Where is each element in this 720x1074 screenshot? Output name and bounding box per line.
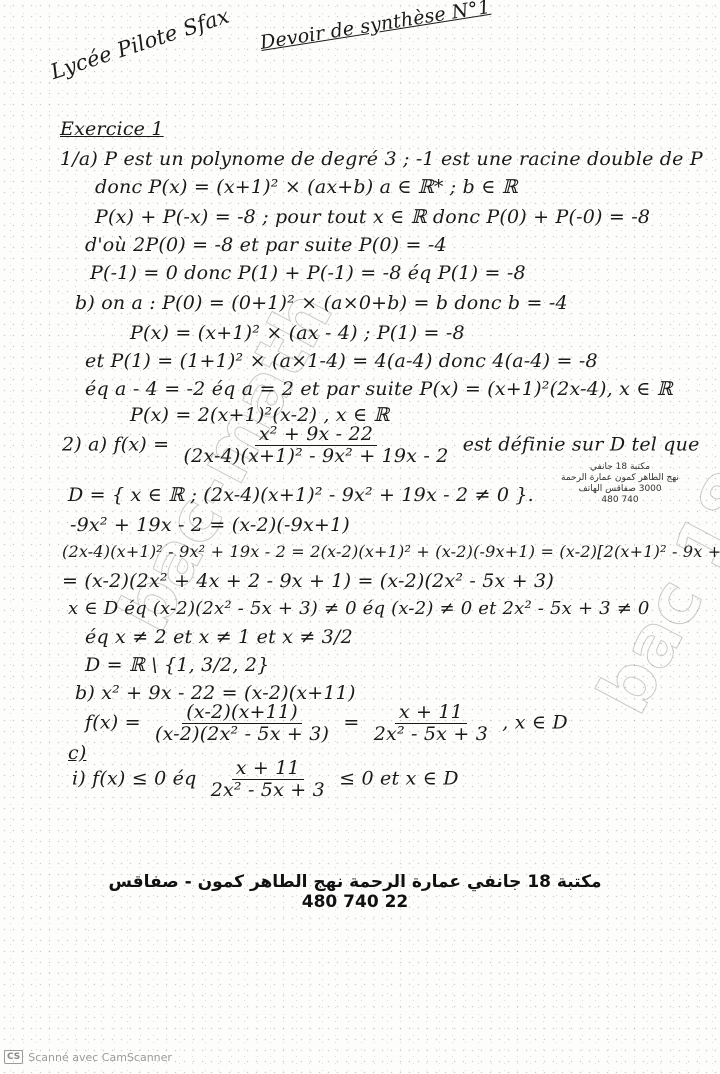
q2b-num1: (x-2)(x+11) (182, 702, 302, 724)
line-donc: donc P(x) = (x+1)² × (ax+b) a ∈ ℝ* ; b ∈… (95, 176, 518, 198)
bookshop-footer: مكتبة 18 جانفي عمارة الرحمة نهج الطاهر ك… (95, 872, 615, 912)
q2ci-num: x + 11 (232, 758, 304, 780)
q2a-denominator: (2x-4)(x+1)² - 9x² + 19x - 2 (180, 446, 453, 467)
q2ci-fraction: x + 11 2x² - 5x + 3 (207, 758, 329, 801)
line-1a: 1/a) P est un polynome de degré 3 ; -1 e… (60, 148, 703, 170)
line-factor2: = (x-2)(2x² + 4x + 2 - 9x + 1) = (x-2)(2… (62, 570, 554, 592)
q2ci-den: 2x² - 5x + 3 (207, 780, 329, 801)
line-pminus1: P(-1) = 0 donc P(1) + P(-1) = -8 éq P(1)… (90, 262, 526, 284)
bookshop-stamp: مكتبة 18 جانفي نهج الطاهر كمون عمارة الر… (560, 462, 680, 506)
q2ci-tail: ≤ 0 et x ∈ D (339, 767, 459, 789)
line-D-result: D = ℝ \ {1, 3/2, 2} (85, 654, 269, 676)
line-a-value: éq a - 4 = -2 éq a = 2 et par suite P(x)… (85, 378, 673, 400)
q2a-fraction: x² + 9x - 22 (2x-4)(x+1)² - 9x² + 19x - … (180, 424, 453, 467)
q2b-den1: (x-2)(2x² - 5x + 3) (151, 724, 333, 745)
camscanner-badge: CS Scanné avec CamScanner (4, 1050, 172, 1064)
q2a-f: f(x) = (114, 433, 170, 455)
line-1b: b) on a : P(0) = (0+1)² × (a×0+b) = b do… (75, 292, 568, 314)
school-name: Lycée Pilote Sfax (48, 4, 233, 84)
line-x-in-D: x ∈ D éq (x-2)(2x² - 5x + 3) ≠ 0 éq (x-2… (68, 598, 650, 619)
q2b-tail: , x ∈ D (502, 711, 568, 733)
line-p1: et P(1) = (1+1)² × (a×1-4) = 4(a-4) donc… (85, 350, 598, 372)
line-2ci: i) f(x) ≤ 0 éq x + 11 2x² - 5x + 3 ≤ 0 e… (72, 758, 459, 801)
camscanner-logo-icon: CS (4, 1050, 23, 1064)
stamp-line: مكتبة 18 جانفي (560, 462, 680, 473)
line-sum: P(x) + P(-x) = -8 ; pour tout x ∈ ℝ donc… (95, 206, 650, 228)
stamp-line: 740 480 (560, 495, 680, 506)
q2a-label: 2) a) (62, 433, 107, 455)
stamp-line: نهج الطاهر كمون عمارة الرحمة (560, 473, 680, 484)
q2a-tail: est définie sur D tel que (463, 433, 700, 455)
q2b-den2: 2x² - 5x + 3 (370, 724, 492, 745)
line-x-neq: éq x ≠ 2 et x ≠ 1 et x ≠ 3/2 (85, 626, 353, 648)
q2b-fraction-2: x + 11 2x² - 5x + 3 (370, 702, 492, 745)
q2ci-label: i) f(x) ≤ 0 éq (72, 767, 196, 789)
q2b-f: f(x) = (85, 711, 141, 733)
q2a-numerator: x² + 9x - 22 (255, 424, 377, 446)
q2b-num2: x + 11 (395, 702, 467, 724)
exam-title: Devoir de synthèse N°1 (259, 0, 492, 54)
line-domain: D = { x ∈ ℝ ; (2x-4)(x+1)² - 9x² + 19x -… (68, 484, 534, 506)
line-p0: d'où 2P(0) = -8 et par suite P(0) = -4 (85, 234, 447, 256)
exercise-title: Exercice 1 (60, 118, 164, 140)
line-factor1: -9x² + 19x - 2 = (x-2)(-9x+1) (70, 514, 350, 536)
q2b-fraction-1: (x-2)(x+11) (x-2)(2x² - 5x + 3) (151, 702, 333, 745)
camscanner-label: Scanné avec CamScanner (28, 1051, 172, 1064)
line-f-simplified: f(x) = (x-2)(x+11) (x-2)(2x² - 5x + 3) =… (85, 702, 568, 745)
line-expand: (2x-4)(x+1)² - 9x² + 19x - 2 = 2(x-2)(x+… (62, 542, 720, 561)
line-px-form: P(x) = (x+1)² × (ax - 4) ; P(1) = -8 (130, 322, 465, 344)
stamp-line: 3000 صفاقس الهاتف (560, 484, 680, 495)
line-2a: 2) a) f(x) = x² + 9x - 22 (2x-4)(x+1)² -… (62, 424, 700, 467)
